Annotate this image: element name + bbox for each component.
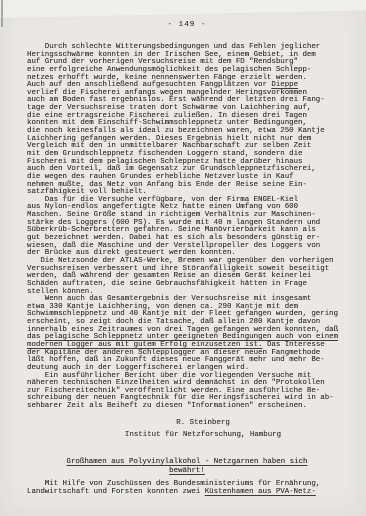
- scan-light-artifact: [0, 0, 366, 18]
- article-grosshamen-body: Mit Hilfe von Zuschüssen des Bundesminis…: [27, 481, 347, 496]
- article-grosshamen-title: Großhamen aus Polyvinylalkohol - Netzgar…: [27, 458, 347, 475]
- text-line: bewährt!: [27, 467, 347, 476]
- signature-block: R. Steinberg Institut für Netzforschung,…: [27, 417, 347, 442]
- signature-affiliation: Institut für Netzforschung, Hamburg: [59, 429, 347, 442]
- text-segment: Großhamen aus Polyvinylalkohol - Netzgar…: [66, 458, 307, 466]
- text-line: sehbarer Zeit als Beiheft zu diesen "Inf…: [27, 403, 347, 411]
- text-line: Landwirtschaft und Forsten konnten zwei …: [27, 489, 347, 497]
- text-segment: Küstenhamen aus PVA-Netz-: [205, 488, 316, 496]
- text-segment: bewährt!: [169, 467, 205, 475]
- signature-name: R. Steinberg: [59, 417, 347, 430]
- article-pelagic-trawl-body: Durch schlechte Witterungsbedingungen un…: [27, 44, 347, 411]
- page-content: - 149 - Durch schlechte Witterungsbeding…: [27, 21, 347, 496]
- text-segment: Landwirtschaft und Forsten konnten zwei: [27, 488, 205, 496]
- scan-edge-artifact: [1, 0, 3, 27]
- page-number: - 149 -: [27, 21, 347, 29]
- scanned-document-page: - 149 - Durch schlechte Witterungsbeding…: [0, 0, 366, 516]
- text-line: Großhamen aus Polyvinylalkohol - Netzgar…: [27, 458, 347, 467]
- text-segment: sehbarer Zeit als Beiheft zu diesen "Inf…: [27, 402, 307, 410]
